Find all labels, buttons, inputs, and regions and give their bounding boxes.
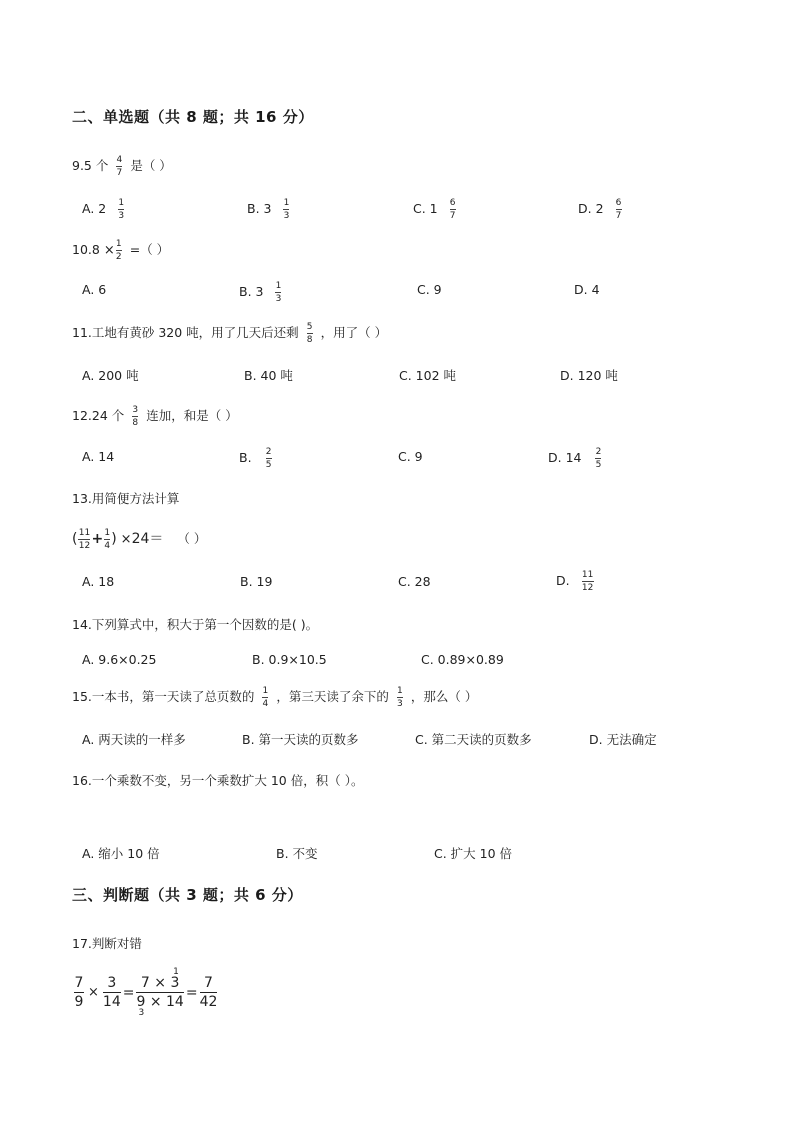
q15-option-c[interactable]: C. 第二天读的页数多 [415,730,532,748]
q12-option-d[interactable]: D. 1425 [548,447,605,470]
q16-option-b[interactable]: B. 不变 [276,844,318,862]
cancel-mark-bottom: 3 [138,1005,144,1021]
question-15: 15.一本书，第一天读了总页数的 14 ，第三天读了余下的 13 ，那么（ ） [72,686,477,709]
question-9-prefix: 9.5 个 [72,158,108,173]
q9-option-b[interactable]: B. 313 [247,198,293,221]
q16-option-a[interactable]: A. 缩小 10 倍 [82,844,160,862]
q9-option-c[interactable]: C. 167 [413,198,460,221]
question-9: 9.5 个 47 是（ ） [72,155,172,178]
q15-option-b[interactable]: B. 第一天读的页数多 [242,730,359,748]
q16-option-c[interactable]: C. 扩大 10 倍 [434,844,512,862]
q14-option-a[interactable]: A. 9.6×0.25 [82,652,156,667]
fraction: 38 [132,405,138,428]
fraction: 58 [307,322,313,345]
section-title-true-false: 三、判断题（共 3 题；共 6 分） [72,884,303,905]
q13-option-a[interactable]: A. 18 [82,574,114,589]
fraction: 12 [116,239,122,262]
q15-option-a[interactable]: A. 两天读的一样多 [82,730,186,748]
question-17: 17.判断对错 [72,934,142,952]
times-sign: × [104,243,115,258]
question-13-expression: (1112+14) ×24＝ （ ） [72,528,206,551]
question-13: 13.用简便方法计算 [72,489,179,507]
q11-option-b[interactable]: B. 40 吨 [244,366,293,384]
q15-option-d[interactable]: D. 无法确定 [589,730,657,748]
fraction: 14 [262,686,268,709]
q9-option-d[interactable]: D. 267 [578,198,626,221]
q10-option-a[interactable]: A. 6 [82,282,106,297]
question-17-expression: 79 × 314 = 1 7 × 39 × 14 3 = 742 [72,975,219,1010]
section-title-single-choice: 二、单选题（共 8 题；共 16 分） [72,106,314,127]
cancel-mark-top: 1 [173,964,179,980]
question-14: 14.下列算式中，积大于第一个因数的是( )。 [72,615,318,633]
q10-option-c[interactable]: C. 9 [417,282,442,297]
q11-option-c[interactable]: C. 102 吨 [399,366,456,384]
q11-option-a[interactable]: A. 200 吨 [82,366,139,384]
q14-option-b[interactable]: B. 0.9×10.5 [252,652,327,667]
q12-option-b[interactable]: B.25 [239,447,276,470]
question-12: 12.24 个 38 连加，和是（ ） [72,405,238,428]
fraction: 13 [397,686,403,709]
q12-option-c[interactable]: C. 9 [398,449,423,464]
q13-option-d[interactable]: D.1112 [556,570,598,593]
q10-option-b[interactable]: B. 313 [239,281,285,304]
question-16: 16.一个乘数不变，另一个乘数扩大 10 倍，积（ ）。 [72,771,363,789]
q14-option-c[interactable]: C. 0.89×0.89 [421,652,504,667]
q11-option-d[interactable]: D. 120 吨 [560,366,618,384]
q9-option-a[interactable]: A. 213 [82,198,128,221]
q13-option-c[interactable]: C. 28 [398,574,431,589]
q10-option-d[interactable]: D. 4 [574,282,600,297]
fraction: 47 [116,155,122,178]
question-10: 10.8 ×12 =（ ） [72,239,169,262]
q13-option-b[interactable]: B. 19 [240,574,272,589]
q12-option-a[interactable]: A. 14 [82,449,114,464]
question-9-suffix: 是（ ） [130,158,171,173]
question-11: 11.工地有黄砂 320 吨，用了几天后还剩 58 ，用了（ ） [72,322,387,345]
